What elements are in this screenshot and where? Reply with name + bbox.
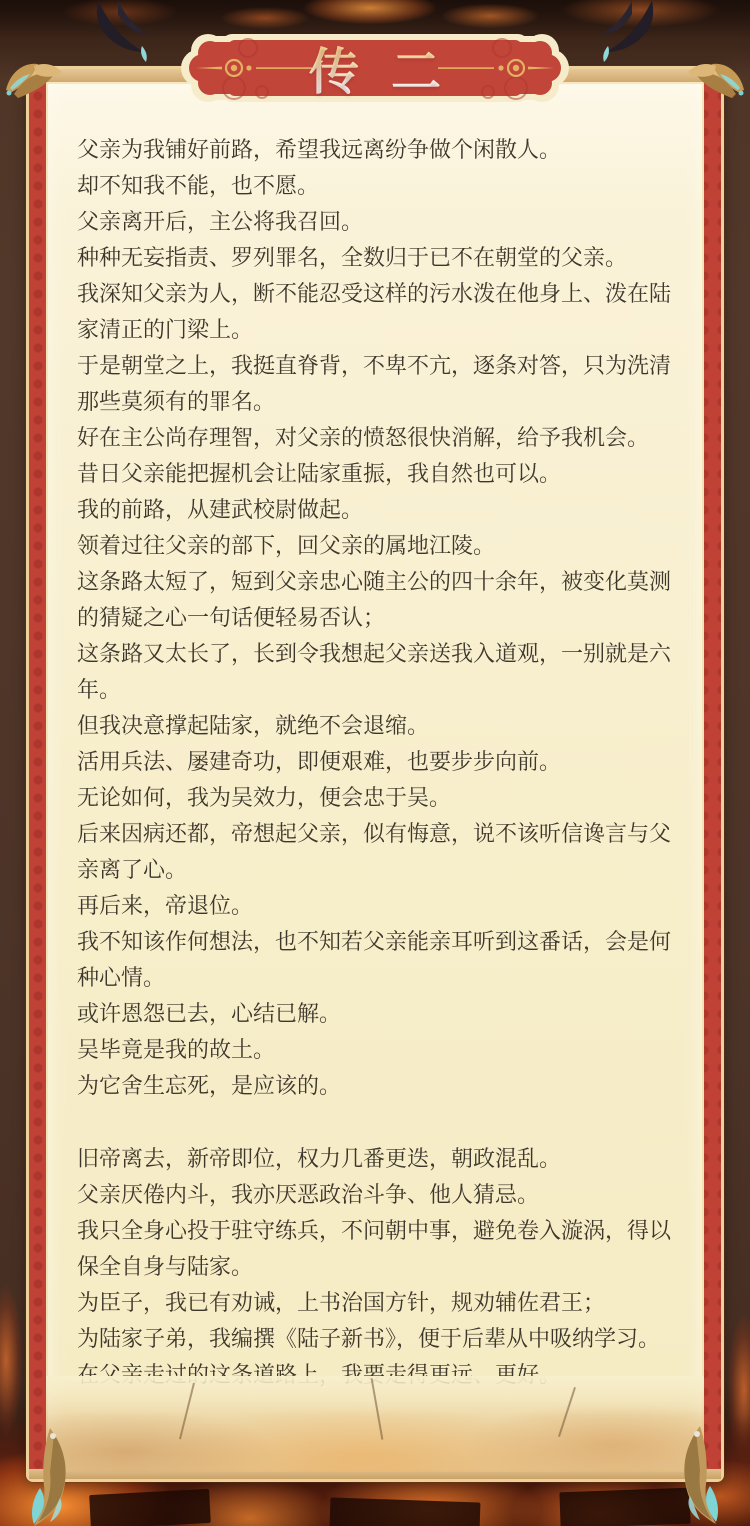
ruin-silhouette	[559, 1488, 690, 1526]
story-paragraph: 父亲离开后，主公将我召回。	[77, 204, 673, 240]
story-section: 旧帝离去，新帝即位，权力几番更迭，朝政混乱。父亲厌倦内斗，我亦厌恶政治斗争、他人…	[77, 1141, 673, 1393]
dark-wing-silhouette-right	[582, 0, 662, 75]
page-title: 传二	[170, 26, 580, 110]
story-paragraph: 吴毕竟是我的故土。	[77, 1032, 673, 1068]
story-paragraph: 这条路太短了，短到父亲忠心随主公的四十余年，被变化莫测的猜疑之心一句话便轻易否认…	[77, 564, 673, 636]
story-paragraph: 旧帝离去，新帝即位，权力几番更迭，朝政混乱。	[77, 1141, 673, 1177]
story-paragraph: 后来因病还都，帝想起父亲，似有悔意，说不该听信谗言与父亲离了心。	[77, 816, 673, 888]
story-paragraph: 父亲为我铺好前路，希望我远离纷争做个闲散人。	[77, 132, 673, 168]
story-paragraph: 但我决意撑起陆家，就绝不会退缩。	[77, 708, 673, 744]
spear-silhouette	[179, 1383, 195, 1440]
story-text: 父亲为我铺好前路，希望我远离纷争做个闲散人。却不知我不能，也不愿。父亲离开后，主…	[77, 132, 673, 1393]
story-paragraph: 我的前路，从建武校尉做起。	[77, 492, 673, 528]
story-paragraph: 活用兵法、屡建奇功，即便艰难，也要步步向前。	[77, 744, 673, 780]
story-paragraph: 我深知父亲为人，断不能忍受这样的污水泼在他身上、泼在陆家清正的门梁上。	[77, 276, 673, 348]
spear-silhouette	[558, 1387, 576, 1437]
story-paragraph: 我只全身心投于驻守练兵，不问朝中事，避免卷入漩涡，得以保全自身与陆家。	[77, 1213, 673, 1285]
parchment-panel: 父亲为我铺好前路，希望我远离纷争做个闲散人。却不知我不能，也不愿。父亲离开后，主…	[46, 82, 704, 1472]
faded-battlefield-art	[46, 1376, 704, 1472]
story-paragraph: 为它舍生忘死，是应该的。	[77, 1068, 673, 1104]
story-paragraph: 种种无妄指责、罗列罪名，全数归于已不在朝堂的父亲。	[77, 240, 673, 276]
story-paragraph: 领着过往父亲的部下，回父亲的属地江陵。	[77, 528, 673, 564]
story-paragraph: 我不知该作何想法，也不知若父亲能亲耳听到这番话，会是何种心情。	[77, 924, 673, 996]
story-paragraph: 或许恩怨已去，心结已解。	[77, 996, 673, 1032]
ruin-silhouette	[89, 1489, 211, 1526]
story-paragraph: 无论如何，我为吴效力，便会忠于吴。	[77, 780, 673, 816]
story-paragraph: 于是朝堂之上，我挺直脊背，不卑不亢，逐条对答，只为洗清那些莫须有的罪名。	[77, 348, 673, 420]
chapter-banner: 传二	[170, 26, 580, 110]
story-paragraph: 再后来，帝退位。	[77, 888, 673, 924]
story-paragraph: 为陆家子弟，我编撰《陆子新书》，便于后辈从中吸纳学习。	[77, 1321, 673, 1357]
story-paragraph: 为臣子，我已有劝诫，上书治国方针，规劝辅佐君王；	[77, 1285, 673, 1321]
story-section: 父亲为我铺好前路，希望我远离纷争做个闲散人。却不知我不能，也不愿。父亲离开后，主…	[77, 132, 673, 1104]
story-paragraph: 好在主公尚存理智，对父亲的愤怒很快消解，给予我机会。	[77, 420, 673, 456]
spear-silhouette	[371, 1378, 384, 1439]
ruin-silhouette	[330, 1497, 481, 1526]
biography-card: 父亲为我铺好前路，希望我远离纷争做个闲散人。却不知我不能，也不愿。父亲离开后，主…	[26, 66, 724, 1482]
dark-wing-silhouette-left	[88, 0, 168, 75]
story-paragraph: 却不知我不能，也不愿。	[77, 168, 673, 204]
story-paragraph: 父亲厌倦内斗，我亦厌恶政治斗争、他人猜忌。	[77, 1177, 673, 1213]
story-paragraph: 这条路又太长了，长到令我想起父亲送我入道观，一别就是六年。	[77, 636, 673, 708]
story-paragraph: 昔日父亲能把握机会让陆家重振，我自然也可以。	[77, 456, 673, 492]
